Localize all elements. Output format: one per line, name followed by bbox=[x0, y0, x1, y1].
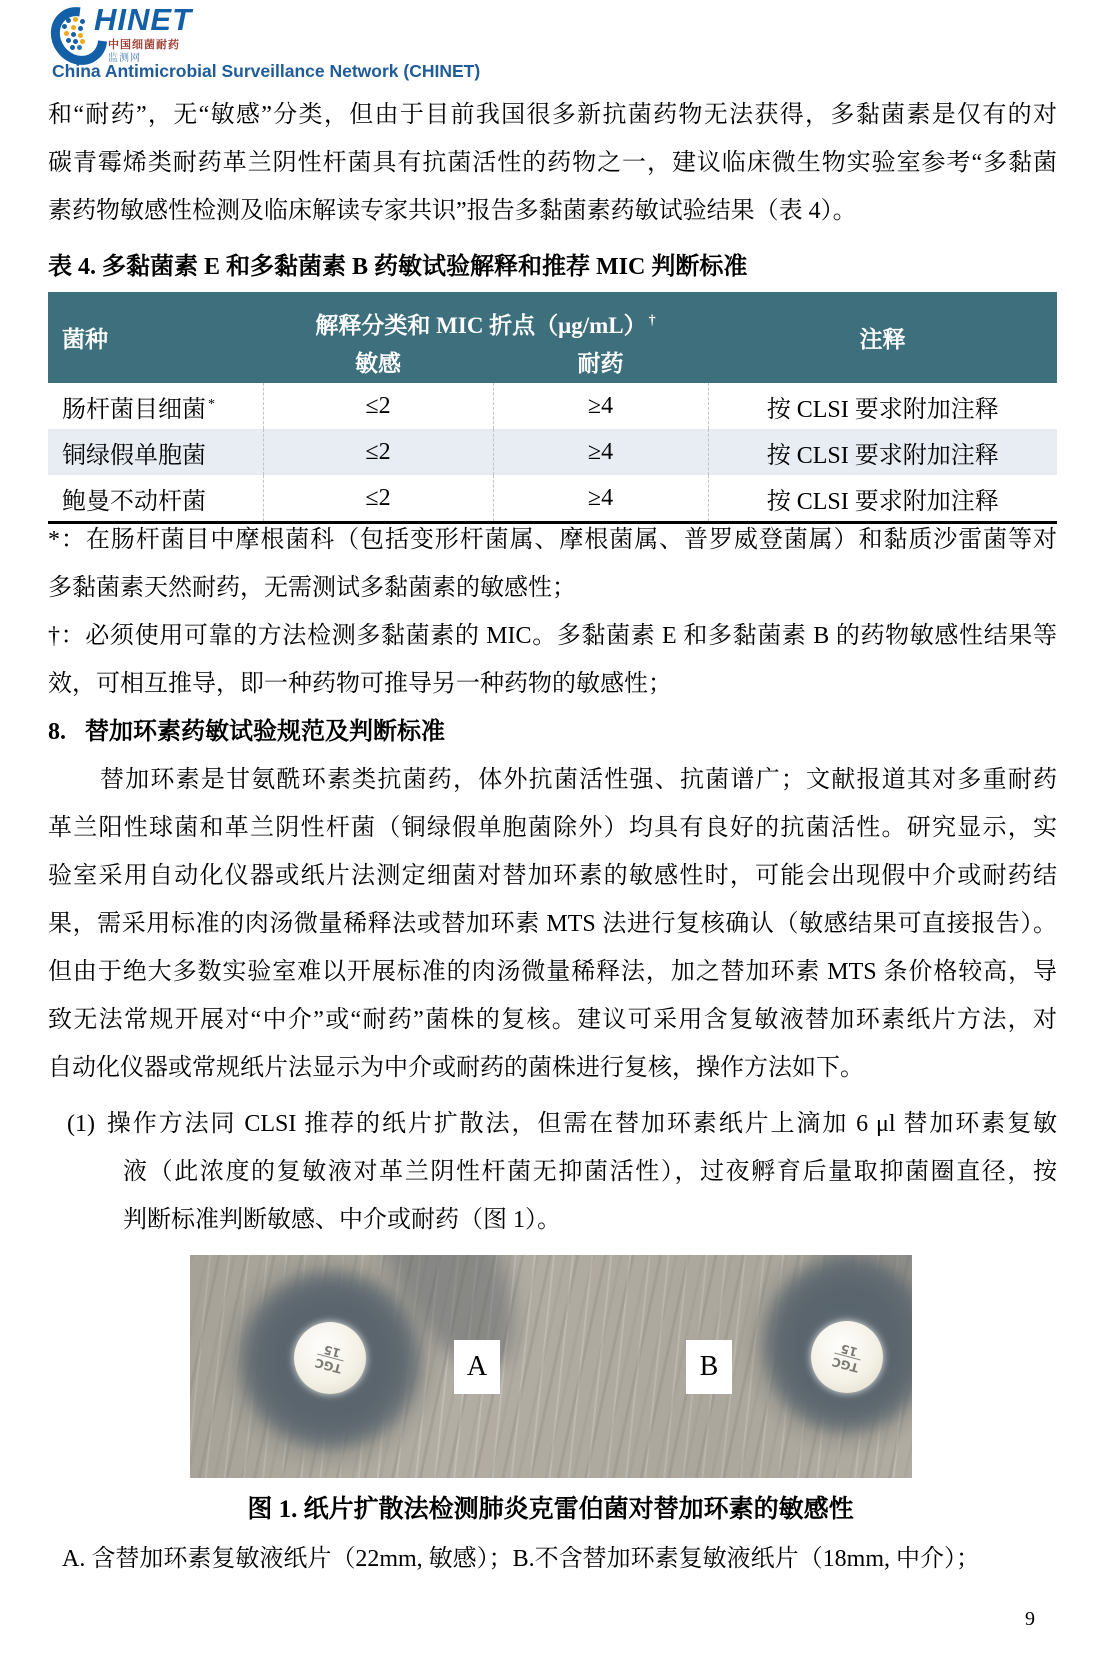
table-footnotes: *：在肠杆菌目中摩根菌科（包括变形杆菌属、摩根菌属、普罗威登菌属）和黏质沙雷菌等… bbox=[48, 516, 1057, 708]
disk-label: TGC 15 bbox=[830, 1340, 863, 1374]
antibiotic-disk-b: TGC 15 bbox=[811, 1321, 883, 1393]
text-line: 液（此浓度的复敏液对革兰阴性杆菌无抑菌活性），过夜孵育后量取抑菌圈直径，按 bbox=[67, 1148, 1057, 1196]
footnote-line: 多黏菌素天然耐药，无需测试多黏菌素的敏感性； bbox=[48, 564, 1057, 612]
page-number: 9 bbox=[1025, 1604, 1035, 1634]
mic-breakpoint-table: 菌种 解释分类和 MIC 折点（μg/mL）† 注释 敏感 耐药 肠杆菌目细菌*… bbox=[48, 292, 1057, 524]
col-header-resistant: 耐药 bbox=[493, 340, 708, 383]
antibiotic-disk-a: TGC 15 bbox=[294, 1322, 366, 1394]
disk-label: TGC 15 bbox=[313, 1341, 346, 1375]
chinet-dots-icon bbox=[66, 18, 71, 23]
note-cell: 按 CLSI 要求附加注释 bbox=[708, 429, 1057, 475]
col-header-species: 菌种 bbox=[48, 292, 263, 383]
section-number: 8. bbox=[48, 708, 85, 756]
list-text: 操作方法同 CLSI 推荐的纸片扩散法，但需在替加环素纸片上滴加 6 μl 替加… bbox=[105, 1111, 1057, 1137]
col-header-interp-text: 解释分类和 MIC 折点（μg/mL） bbox=[315, 313, 646, 338]
organization-name: China Antimicrobial Surveillance Network… bbox=[52, 61, 480, 82]
text-line: 替加环素是甘氨酰环素类抗菌药，体外抗菌活性强、抗菌谱广；文献报道其对多重耐药 bbox=[48, 756, 1057, 804]
table-row: 铜绿假单胞菌 ≤2 ≥4 按 CLSI 要求附加注释 bbox=[48, 429, 1057, 475]
section-title: 替加环素药敏试验规范及判断标准 bbox=[85, 719, 445, 745]
logo-brand-text: HINET bbox=[94, 2, 192, 38]
text-line: 革兰阳性球菌和革兰阴性杆菌（铜绿假单胞菌除外）均具有良好的抗菌活性。研究显示，实 bbox=[48, 804, 1057, 852]
text-line: 自动化仪器或常规纸片法显示为中介或耐药的菌株进行复核，操作方法如下。 bbox=[48, 1044, 1057, 1092]
table-row: 肠杆菌目细菌* ≤2 ≥4 按 CLSI 要求附加注释 bbox=[48, 383, 1057, 429]
footnote-line: *：在肠杆菌目中摩根菌科（包括变形杆菌属、摩根菌属、普罗威登菌属）和黏质沙雷菌等… bbox=[48, 516, 1057, 564]
list-marker: (1) bbox=[67, 1100, 105, 1148]
footnote-line: 效，可相互推导，即一种药物可推导另一种药物的敏感性； bbox=[48, 660, 1057, 708]
text-line: 致无法常规开展对“中介”或“耐药”菌株的复核。建议可采用含复敏液替加环素纸片方法… bbox=[48, 996, 1057, 1044]
species-name: 肠杆菌目细菌 bbox=[62, 397, 206, 423]
section-8-paragraph: 替加环素是甘氨酰环素类抗菌药，体外抗菌活性强、抗菌谱广；文献报道其对多重耐药 革… bbox=[48, 756, 1057, 1092]
document-page: HINET 中国细菌耐药 监测网 China Antimicrobial Sur… bbox=[0, 0, 1101, 1653]
label-b: B bbox=[686, 1340, 732, 1394]
list-item-1: (1)操作方法同 CLSI 推荐的纸片扩散法，但需在替加环素纸片上滴加 6 μl… bbox=[67, 1100, 1057, 1244]
note-cell: 按 CLSI 要求附加注释 bbox=[708, 383, 1057, 429]
resistant-cell: ≥4 bbox=[493, 383, 708, 429]
text-line: (1)操作方法同 CLSI 推荐的纸片扩散法，但需在替加环素纸片上滴加 6 μl… bbox=[67, 1100, 1057, 1148]
resistant-cell: ≥4 bbox=[493, 429, 708, 475]
footnote-line: †：必须使用可靠的方法检测多黏菌素的 MIC。多黏菌素 E 和多黏菌素 B 的药… bbox=[48, 612, 1057, 660]
col-header-susceptible: 敏感 bbox=[263, 340, 493, 383]
chinet-logo: HINET 中国细菌耐药 监测网 bbox=[52, 4, 312, 60]
susceptible-cell: ≤2 bbox=[263, 429, 493, 475]
label-a: A bbox=[454, 1340, 500, 1394]
text-line: 但由于绝大多数实验室难以开展标准的肉汤微量稀释法，加之替加环素 MTS 条价格较… bbox=[48, 948, 1057, 996]
col-header-note: 注释 bbox=[708, 292, 1057, 383]
asterisk-superscript: * bbox=[208, 397, 215, 412]
species-cell: 铜绿假单胞菌 bbox=[48, 429, 263, 475]
intro-paragraph: 和“耐药”，无“敏感”分类，但由于目前我国很多新抗菌药物无法获得，多黏菌素是仅有… bbox=[48, 91, 1057, 235]
table-4-title: 表 4. 多黏菌素 E 和多黏菌素 B 药敏试验解释和推荐 MIC 判断标准 bbox=[48, 243, 1057, 291]
text-line: 果，需采用标准的肉汤微量稀释法或替加环素 MTS 法进行复核确认（敏感结果可直接… bbox=[48, 900, 1057, 948]
figure-1-caption: 图 1. 纸片扩散法检测肺炎克雷伯菌对替加环素的敏感性 bbox=[0, 1486, 1101, 1534]
species-cell: 肠杆菌目细菌* bbox=[48, 383, 263, 429]
table: 菌种 解释分类和 MIC 折点（μg/mL）† 注释 敏感 耐药 肠杆菌目细菌*… bbox=[48, 292, 1057, 524]
figure-1-photo: TGC 15 TGC 15 A B bbox=[190, 1255, 912, 1478]
figure-1-legend: A. 含替加环素复敏液纸片（22mm, 敏感）；B.不含替加环素复敏液纸片（18… bbox=[62, 1535, 1071, 1583]
section-8-heading: 8.替加环素药敏试验规范及判断标准 bbox=[48, 708, 1057, 756]
dagger-superscript: † bbox=[649, 313, 656, 328]
text-line: 和“耐药”，无“敏感”分类，但由于目前我国很多新抗菌药物无法获得，多黏菌素是仅有… bbox=[48, 91, 1057, 139]
susceptible-cell: ≤2 bbox=[263, 383, 493, 429]
text-line: 素药物敏感性检测及临床解读专家共识”报告多黏菌素药敏试验结果（表 4）。 bbox=[48, 187, 1057, 235]
text-line: 验室采用自动化仪器或纸片法测定细菌对替加环素的敏感性时，可能会出现假中介或耐药结 bbox=[48, 852, 1057, 900]
text-line: 判断标准判断敏感、中介或耐药（图 1）。 bbox=[67, 1196, 1057, 1244]
text-line: 碳青霉烯类耐药革兰阴性杆菌具有抗菌活性的药物之一，建议临床微生物实验室参考“多黏… bbox=[48, 139, 1057, 187]
table-header: 菌种 解释分类和 MIC 折点（μg/mL）† 注释 敏感 耐药 bbox=[48, 292, 1057, 383]
col-header-interpretation: 解释分类和 MIC 折点（μg/mL）† bbox=[263, 292, 708, 340]
